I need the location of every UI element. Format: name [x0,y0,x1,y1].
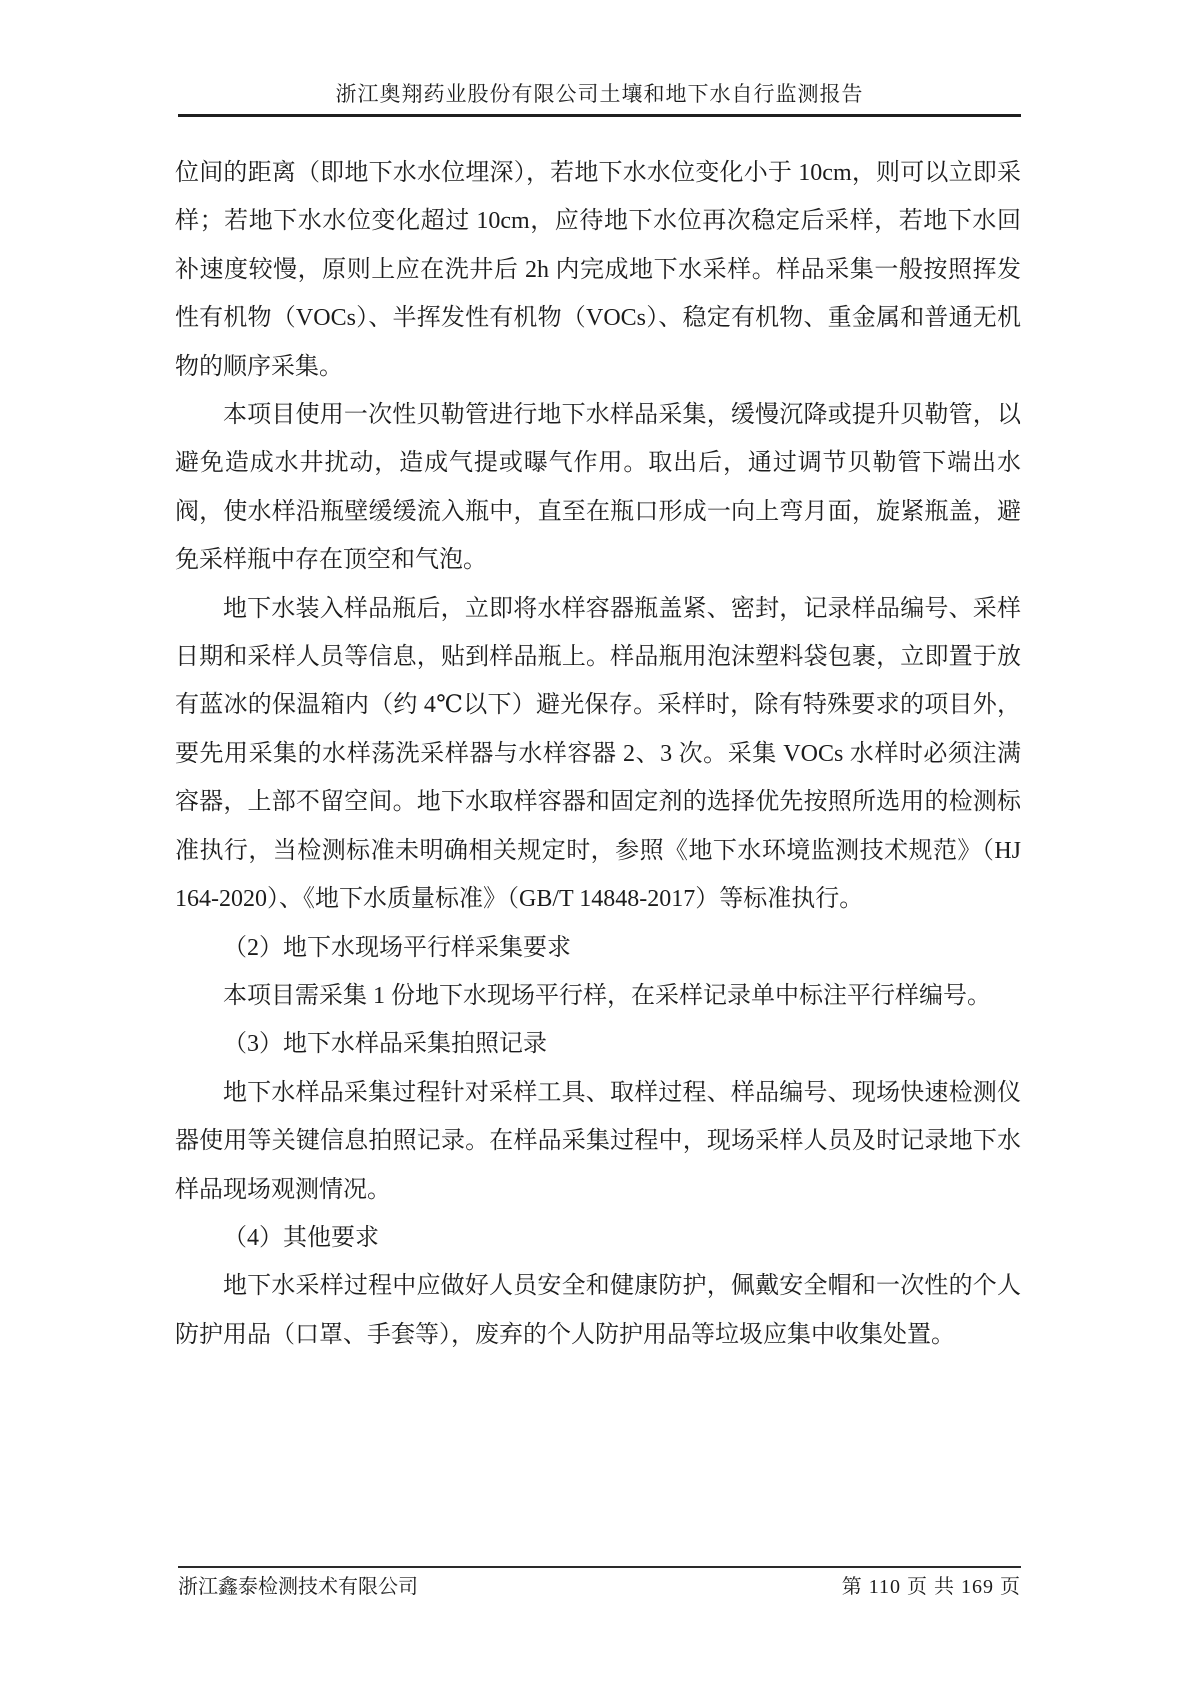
page-footer: 浙江鑫泰检测技术有限公司 第 110 页 共 169 页 [178,1566,1021,1599]
subsection-heading-2: （2）地下水现场平行样采集要求 [175,924,1021,972]
header-title: 浙江奥翔药业股份有限公司土壤和地下水自行监测报告 [336,82,864,106]
paragraph: 本项目使用一次性贝勒管进行地下水样品采集，缓慢沉降或提升贝勒管，以避免造成水井扰… [175,391,1021,585]
document-body: 位间的距离（即地下水水位埋深），若地下水水位变化小于 10cm，则可以立即采样；… [175,149,1021,1359]
subsection-heading-3: （3）地下水样品采集拍照记录 [175,1020,1021,1068]
paragraph-continuation: 位间的距离（即地下水水位埋深），若地下水水位变化小于 10cm，则可以立即采样；… [175,149,1021,391]
footer-page-number: 第 110 页 共 169 页 [842,1575,1021,1599]
paragraph: 地下水装入样品瓶后，立即将水样容器瓶盖紧、密封，记录样品编号、采样日期和采样人员… [175,585,1021,924]
page-header: 浙江奥翔药业股份有限公司土壤和地下水自行监测报告 [178,80,1021,117]
footer-company-name: 浙江鑫泰检测技术有限公司 [178,1575,418,1599]
subsection-heading-4: （4）其他要求 [175,1214,1021,1262]
paragraph: 地下水采样过程中应做好人员安全和健康防护，佩戴安全帽和一次性的个人防护用品（口罩… [175,1262,1021,1359]
paragraph: 地下水样品采集过程针对采样工具、取样过程、样品编号、现场快速检测仪器使用等关键信… [175,1069,1021,1214]
document-page: 浙江奥翔药业股份有限公司土壤和地下水自行监测报告 位间的距离（即地下水水位埋深）… [0,0,1199,1696]
paragraph: 本项目需采集 1 份地下水现场平行样，在采样记录单中标注平行样编号。 [175,972,1021,1020]
